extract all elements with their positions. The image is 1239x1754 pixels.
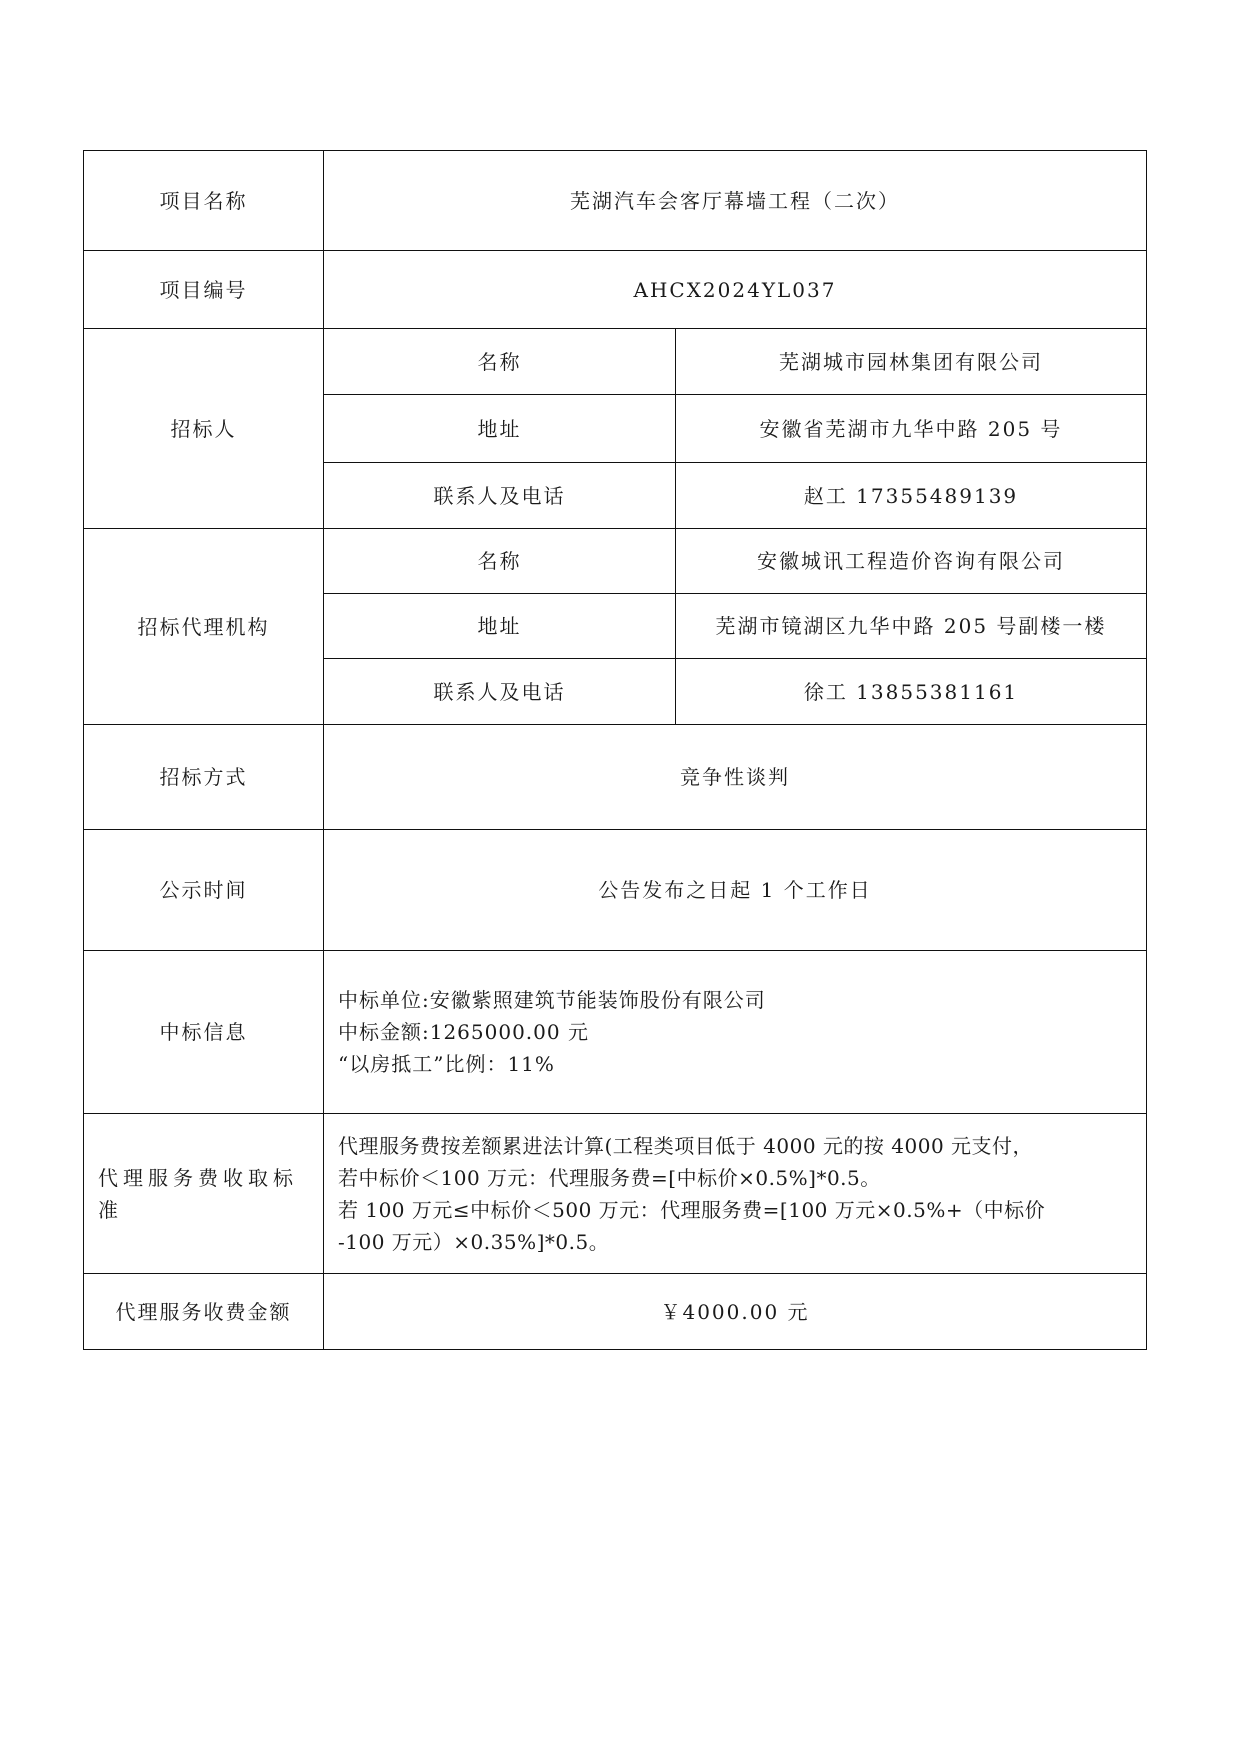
value-tenderer-name: 芜湖城市园林集团有限公司 [676, 329, 1147, 395]
label-tenderer: 招标人 [84, 329, 324, 529]
row-project-code: 项目编号 AHCX2024YL037 [84, 251, 1147, 329]
fee-standard-line: 若中标价＜100 万元：代理服务费=[中标价×0.5%]*0.5。 [338, 1162, 1132, 1194]
award-ratio: “以房抵工”比例：11% [338, 1048, 1132, 1080]
award-amount: 中标金额:1265000.00 元 [338, 1016, 1132, 1048]
value-publicity: 公告发布之日起 1 个工作日 [324, 830, 1147, 951]
sublabel-agency-address: 地址 [324, 594, 676, 659]
sublabel-tenderer-name: 名称 [324, 329, 676, 395]
label-project-code: 项目编号 [84, 251, 324, 329]
fee-standard-line: 若 100 万元≤中标价＜500 万元：代理服务费=[100 万元×0.5%+（… [338, 1194, 1132, 1226]
label-method: 招标方式 [84, 725, 324, 830]
value-tenderer-contact: 赵工 17355489139 [676, 463, 1147, 529]
value-project-name: 芜湖汽车会客厅幕墙工程（二次） [324, 151, 1147, 251]
sublabel-tenderer-address: 地址 [324, 395, 676, 463]
value-award: 中标单位:安徽紫照建筑节能装饰股份有限公司 中标金额:1265000.00 元 … [324, 951, 1147, 1114]
row-tenderer-name: 招标人 名称 芜湖城市园林集团有限公司 [84, 329, 1147, 395]
value-method: 竞争性谈判 [324, 725, 1147, 830]
label-award: 中标信息 [84, 951, 324, 1114]
label-fee-standard: 代理服务费收取标准 [84, 1114, 324, 1274]
fee-standard-line: -100 万元）×0.35%]*0.5。 [338, 1226, 1132, 1258]
row-agency-name: 招标代理机构 名称 安徽城讯工程造价咨询有限公司 [84, 529, 1147, 594]
value-fee-standard: 代理服务费按差额累进法计算(工程类项目低于 4000 元的按 4000 元支付，… [324, 1114, 1147, 1274]
sublabel-agency-name: 名称 [324, 529, 676, 594]
label-fee-amount: 代理服务收费金额 [84, 1274, 324, 1350]
award-winner: 中标单位:安徽紫照建筑节能装饰股份有限公司 [338, 984, 1132, 1016]
sublabel-agency-contact: 联系人及电话 [324, 659, 676, 725]
value-project-code: AHCX2024YL037 [324, 251, 1147, 329]
label-publicity: 公示时间 [84, 830, 324, 951]
label-project-name: 项目名称 [84, 151, 324, 251]
sublabel-tenderer-contact: 联系人及电话 [324, 463, 676, 529]
tender-result-table: 项目名称 芜湖汽车会客厅幕墙工程（二次） 项目编号 AHCX2024YL037 … [83, 150, 1147, 1350]
value-agency-name: 安徽城讯工程造价咨询有限公司 [676, 529, 1147, 594]
label-agency: 招标代理机构 [84, 529, 324, 725]
row-project-name: 项目名称 芜湖汽车会客厅幕墙工程（二次） [84, 151, 1147, 251]
row-award: 中标信息 中标单位:安徽紫照建筑节能装饰股份有限公司 中标金额:1265000.… [84, 951, 1147, 1114]
value-tenderer-address: 安徽省芜湖市九华中路 205 号 [676, 395, 1147, 463]
value-agency-address: 芜湖市镜湖区九华中路 205 号副楼一楼 [676, 594, 1147, 659]
row-fee-standard: 代理服务费收取标准 代理服务费按差额累进法计算(工程类项目低于 4000 元的按… [84, 1114, 1147, 1274]
value-fee-amount: ￥4000.00 元 [324, 1274, 1147, 1350]
fee-standard-line: 代理服务费按差额累进法计算(工程类项目低于 4000 元的按 4000 元支付， [338, 1130, 1132, 1162]
row-publicity: 公示时间 公告发布之日起 1 个工作日 [84, 830, 1147, 951]
row-method: 招标方式 竞争性谈判 [84, 725, 1147, 830]
value-agency-contact: 徐工 13855381161 [676, 659, 1147, 725]
row-fee-amount: 代理服务收费金额 ￥4000.00 元 [84, 1274, 1147, 1350]
